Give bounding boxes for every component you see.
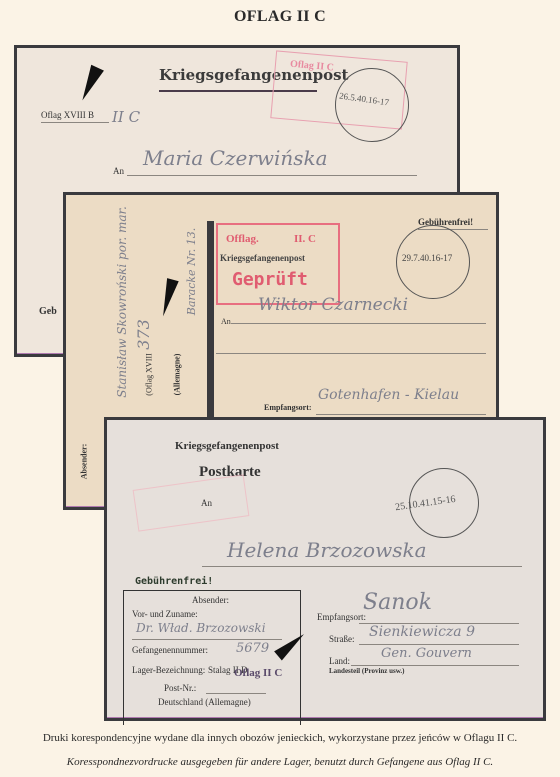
card1-partial-label: Geb (39, 306, 57, 317)
card3-country: Gen. Gouvern (381, 646, 472, 661)
card1-recipient: Maria Czerwińska (143, 146, 328, 170)
card2-postmark-date: 29.7.40.16-17 (402, 253, 452, 263)
card2-destination: Gotenhafen - Kielau (318, 387, 459, 403)
card3-province-label: Landesteil (Provinz usw.) (329, 667, 405, 675)
page-title: OFLAG II C (0, 8, 560, 26)
card3-street: Sienkiewicza 9 (369, 624, 475, 640)
postcard-stalag-ii-d: Kriegsgefangenenpost Postkarte An 25.10.… (104, 417, 546, 721)
caption-german: Koresspondnezvordrucke ausgegeben für an… (0, 756, 560, 768)
card2-country: (Allemagne) (172, 354, 181, 396)
card3-to-label: An (201, 498, 212, 508)
sender-box: Absender: Vor- und Zuname: Dr. Wład. Brz… (123, 590, 301, 725)
sender-number: 5679 (236, 641, 269, 656)
arrow-marker-icon (76, 65, 104, 104)
card3-street-label: Straße: (329, 634, 355, 644)
sender-name: Dr. Wład. Brzozowski (136, 621, 266, 635)
card2-to-label: An (221, 317, 231, 326)
card1-camp-label: Oflag XVIII B (41, 110, 94, 120)
card1-to-label: An (113, 166, 124, 176)
card2-camp-label: (Oflag XVIII (145, 353, 154, 395)
card3-recipient: Helena Brzozowska (227, 538, 427, 562)
card2-prisoner-number: 373 (134, 319, 153, 350)
card3-header: Kriegsgefangenenpost (175, 440, 279, 452)
card3-country-label: Land: (329, 656, 350, 666)
faded-censor-stamp (133, 474, 250, 531)
card3-free-label: Gebührenfrei! (135, 576, 213, 587)
caption-polish: Druki korespondencyjne wydane dla innych… (0, 732, 560, 744)
card3-destination-label: Empfangsort: (317, 612, 366, 622)
censor-stamp: Offlag. II. C Kriegsgefangenenpost Geprü… (216, 223, 340, 305)
card2-sender-name: Stanisław Skowroński por. mar. (115, 206, 129, 398)
card2-recipient: Wiktor Czarnecki (258, 295, 408, 315)
card2-destination-label: Empfangsort: (264, 403, 312, 412)
card2-sender-label: Absender: (79, 444, 88, 480)
camp-overstamp: Oflag II C (234, 667, 282, 679)
card1-camp-correction: II C (112, 108, 140, 126)
card2-barrack: Baracke Nr. 13. (185, 228, 198, 315)
card3-destination: Sanok (363, 590, 432, 615)
